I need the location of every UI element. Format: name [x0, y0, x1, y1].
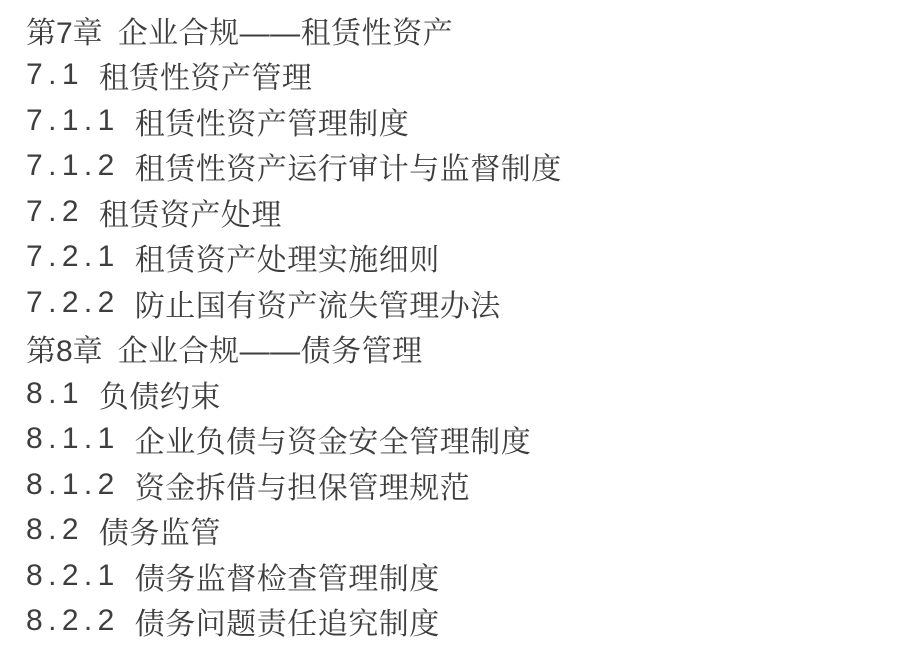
toc-item: 8.2.2债务问题责任追究制度: [26, 599, 906, 645]
toc-item: 第8章企业合规——债务管理: [26, 326, 906, 372]
toc-item-title: 租赁性资产管理制度: [135, 99, 410, 143]
toc-item-title: 负债约束: [99, 372, 221, 416]
toc-item-title: 企业负债与资金安全管理制度: [135, 417, 532, 461]
table-of-contents: 第7章企业合规——租赁性资产7.1租赁性资产管理7.1.1租赁性资产管理制度7.…: [26, 7, 906, 644]
document-page: 第7章企业合规——租赁性资产7.1租赁性资产管理7.1.1租赁性资产管理制度7.…: [0, 0, 916, 647]
toc-item-number: 7.1: [26, 58, 84, 92]
toc-item-title: 租赁性资产管理: [99, 53, 313, 97]
toc-item-number: 8.1.1: [26, 422, 120, 456]
toc-item: 7.2租赁资产处理: [26, 189, 906, 235]
toc-item-number: 8.2.2: [26, 604, 120, 638]
toc-item: 7.1.2租赁性资产运行审计与监督制度: [26, 144, 906, 190]
toc-item-title: 债务监管: [99, 508, 221, 552]
toc-item-title: 债务问题责任追究制度: [135, 599, 440, 643]
toc-item-number: 第7章: [26, 8, 103, 52]
toc-item-number: 第8章: [26, 326, 103, 370]
toc-item-title: 租赁资产处理: [99, 190, 282, 234]
toc-item: 7.1.1租赁性资产管理制度: [26, 98, 906, 144]
toc-item-title: 资金拆借与担保管理规范: [135, 463, 471, 507]
toc-item-number: 7.1.1: [26, 104, 120, 138]
toc-item-number: 8.1.2: [26, 468, 120, 502]
toc-item-number: 7.2.1: [26, 240, 120, 274]
toc-item-title: 租赁性资产运行审计与监督制度: [135, 144, 562, 188]
toc-item: 7.2.1租赁资产处理实施细则: [26, 235, 906, 281]
toc-item-number: 8.2.1: [26, 559, 120, 593]
toc-item-title: 租赁资产处理实施细则: [135, 235, 440, 279]
toc-item-number: 7.1.2: [26, 149, 120, 183]
toc-item-number: 7.2.2: [26, 286, 120, 320]
toc-item: 8.2.1债务监督检查管理制度: [26, 553, 906, 599]
toc-item-title: 企业合规——债务管理: [118, 326, 423, 370]
toc-item: 8.1.1企业负债与资金安全管理制度: [26, 417, 906, 463]
toc-item: 8.1.2资金拆借与担保管理规范: [26, 462, 906, 508]
toc-item-number: 7.2: [26, 195, 84, 229]
toc-item: 8.1负债约束: [26, 371, 906, 417]
toc-item-title: 企业合规——租赁性资产: [118, 8, 454, 52]
toc-item: 8.2债务监管: [26, 508, 906, 554]
toc-item-number: 8.1: [26, 377, 84, 411]
toc-item-title: 防止国有资产流失管理办法: [135, 281, 501, 325]
toc-item: 7.1租赁性资产管理: [26, 53, 906, 99]
toc-item: 第7章企业合规——租赁性资产: [26, 7, 906, 53]
toc-item-number: 8.2: [26, 513, 84, 547]
toc-item-title: 债务监督检查管理制度: [135, 554, 440, 598]
toc-item: 7.2.2防止国有资产流失管理办法: [26, 280, 906, 326]
